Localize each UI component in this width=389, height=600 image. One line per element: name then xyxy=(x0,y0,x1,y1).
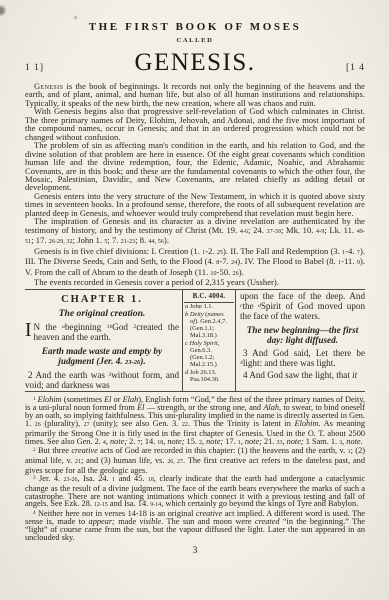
intro-paragraph: The problem of sin as affecting man's co… xyxy=(25,141,365,192)
verse-1: IN the abeginning 1bGod 2created the hea… xyxy=(25,323,179,343)
subject-heading-2: The new beginning—the first day: light d… xyxy=(240,326,365,345)
verse-2-continuation: upon the face of the deep. And cthe dSpi… xyxy=(240,292,365,321)
footnote-1: 1 Elohim (sometimes El or Elah), English… xyxy=(25,396,365,447)
verse-1-text: N the abeginning 1bGod 2created the heav… xyxy=(34,322,180,342)
scan-speck xyxy=(74,16,77,19)
chapter-heading: CHAPTER 1. xyxy=(25,294,179,305)
verse-4: 4 And God saw the light, that it xyxy=(240,371,365,381)
footnote-rule xyxy=(25,391,365,392)
introduction-section: Genesis is the book of beginnings. It re… xyxy=(25,82,365,286)
footnote-4: 4 Neither here nor in verses 14-18 is an… xyxy=(25,510,365,542)
margin-reference-a: a John 1.1. xyxy=(184,304,234,311)
running-head: THE FIRST BOOK OF MOSES xyxy=(25,21,365,33)
intro-paragraph: Genesis is in five chief divisions: I. C… xyxy=(25,247,365,278)
margin-reference-column: B.C. 4004. a John 1.1. b Deity (names of… xyxy=(182,290,236,391)
book-title: GENESIS. xyxy=(134,50,255,76)
subject-heading-1: Earth made waste and empty by judgment (… xyxy=(25,347,179,367)
page-number: 3 xyxy=(25,546,365,556)
folio-right: [1 4 xyxy=(346,63,365,76)
drop-cap: I xyxy=(25,323,34,340)
bc-date: B.C. 4004. xyxy=(184,290,234,303)
title-row: 1 1] GENESIS. [1 4 xyxy=(25,46,365,76)
bible-page: THE FIRST BOOK OF MOSES CALLED 1 1] GENE… xyxy=(0,0,389,600)
scripture-section: CHAPTER 1. The original creation. IN the… xyxy=(25,290,365,391)
scripture-left-column: CHAPTER 1. The original creation. IN the… xyxy=(25,290,182,391)
intro-paragraph: The inspiration of Genesis and its chara… xyxy=(25,217,365,246)
verse-2: 2 And the earth was 3without form, and v… xyxy=(25,371,179,391)
footnotes-section: 1 Elohim (sometimes El or Elah), English… xyxy=(25,396,365,542)
footnote-3: 3 Jer. 4. 23-26, Isa. 24. 1 and 45. 18, … xyxy=(25,475,365,510)
intro-paragraph: With Genesis begins also that progressiv… xyxy=(25,107,365,141)
verse-3: 3 And God said, Let there be 4light: and… xyxy=(240,349,365,369)
page-header: THE FIRST BOOK OF MOSES CALLED 1 1] GENE… xyxy=(25,21,365,76)
margin-reference-b: b Deity (names of). Gen.2.4,7. (Gen.1.1;… xyxy=(184,312,234,340)
chapter-subtitle: The original creation. xyxy=(25,308,179,319)
intro-paragraph: Genesis is the book of beginnings. It re… xyxy=(25,82,365,107)
scan-smudge xyxy=(0,6,5,15)
intro-paragraph: The events recorded in Genesis cover a p… xyxy=(25,278,365,286)
folio-left: 1 1] xyxy=(25,63,44,76)
margin-reference-d: d Job 26.13. Psa.104.30. xyxy=(184,370,234,384)
called-label: CALLED xyxy=(25,37,365,44)
footnote-2: 2 But three creative acts of God are rec… xyxy=(25,447,365,475)
intro-paragraph: Genesis enters into the very structure o… xyxy=(25,192,365,217)
scripture-right-column: upon the face of the deep. And cthe dSpi… xyxy=(236,290,365,391)
margin-reference-c: c Holy Spirit, Gen.6.3. (Gen.1.2; Mal.2.… xyxy=(184,341,234,369)
